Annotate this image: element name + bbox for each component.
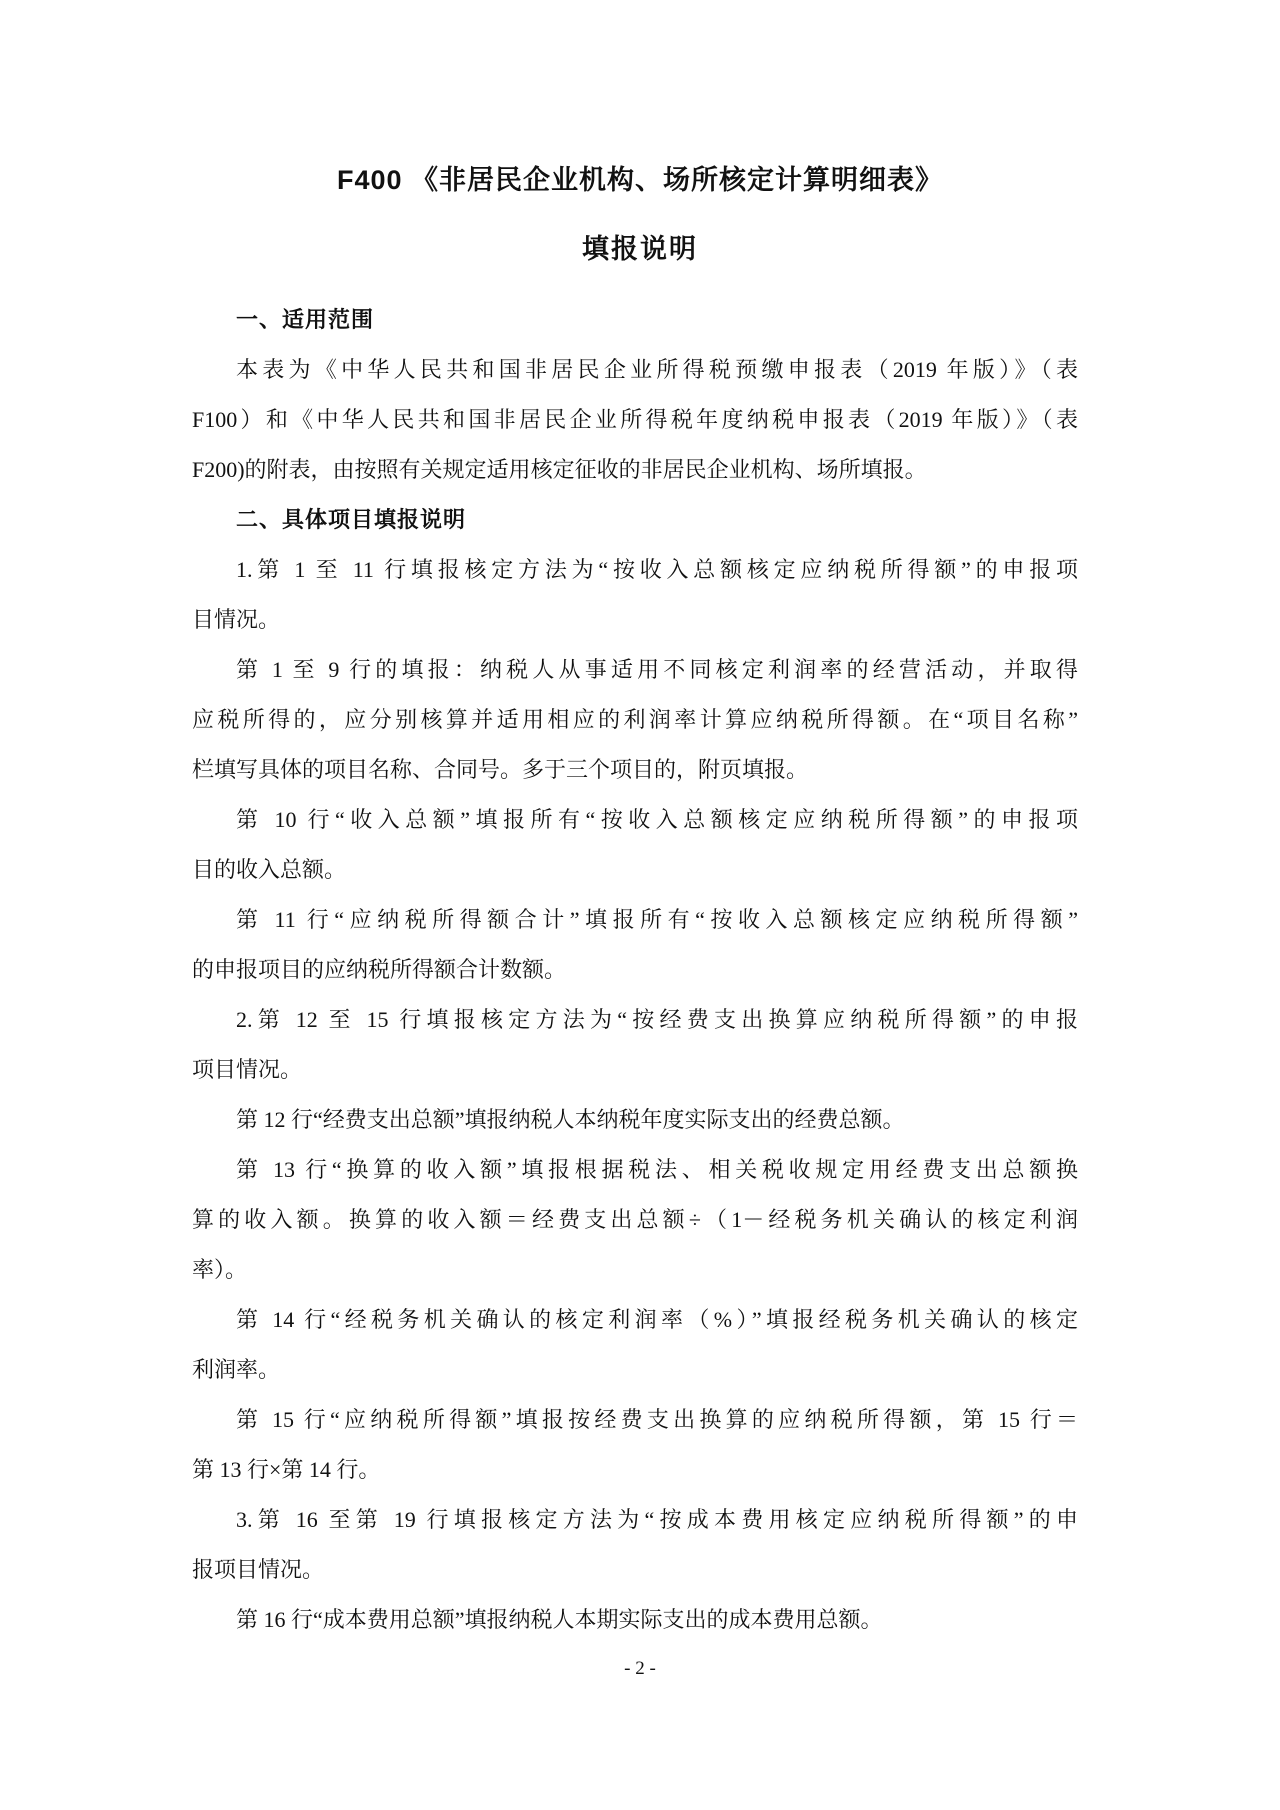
body-text-line: F200)的附表，由按照有关规定适用核定征收的非居民企业机构、场所填报。 bbox=[192, 445, 1078, 495]
body-text-line: 目的收入总额。 bbox=[192, 845, 1078, 895]
body-text-line: 报项目情况。 bbox=[192, 1545, 1078, 1595]
body-text-line: 第 16 行“成本费用总额”填报纳税人本期实际支出的成本费用总额。 bbox=[192, 1595, 1078, 1645]
body-text-line: 率）。 bbox=[192, 1245, 1078, 1295]
body-text-line: 第 13 行“换算的收入额”填报根据税法、相关税收规定用经费支出总额换 bbox=[192, 1145, 1078, 1195]
document-subtitle: 填报说明 bbox=[0, 227, 1280, 271]
heading-line: 一、适用范围 bbox=[192, 295, 1078, 345]
body-text-line: 栏填写具体的项目名称、合同号。多于三个项目的，附页填报。 bbox=[192, 745, 1078, 795]
body-text-line: 目情况。 bbox=[192, 595, 1078, 645]
document-body: 一、适用范围本表为《中华人民共和国非居民企业所得税预缴申报表（2019 年版）》… bbox=[192, 295, 1078, 1645]
body-text-line: 第 13 行×第 14 行。 bbox=[192, 1445, 1078, 1495]
body-text-line: 利润率。 bbox=[192, 1345, 1078, 1395]
body-text-line: 3.第 16 至第 19 行填报核定方法为“按成本费用核定应纳税所得额”的申 bbox=[192, 1495, 1078, 1545]
body-text-line: 应税所得的，应分别核算并适用相应的利润率计算应纳税所得额。在“项目名称” bbox=[192, 695, 1078, 745]
body-text-line: 本表为《中华人民共和国非居民企业所得税预缴申报表（2019 年版）》（表 bbox=[192, 345, 1078, 395]
body-text-line: 2.第 12 至 15 行填报核定方法为“按经费支出换算应纳税所得额”的申报 bbox=[192, 995, 1078, 1045]
document-title: F400 《非居民企业机构、场所核定计算明细表》 bbox=[0, 158, 1280, 202]
body-text-line: 1.第 1 至 11 行填报核定方法为“按收入总额核定应纳税所得额”的申报项 bbox=[192, 545, 1078, 595]
page-number: - 2 - bbox=[0, 1650, 1280, 1688]
body-text-line: 第 14 行“经税务机关确认的核定利润率（%）”填报经税务机关确认的核定 bbox=[192, 1295, 1078, 1345]
body-text-line: 第 10 行“收入总额”填报所有“按收入总额核定应纳税所得额”的申报项 bbox=[192, 795, 1078, 845]
document-page: F400 《非居民企业机构、场所核定计算明细表》 填报说明 一、适用范围本表为《… bbox=[0, 0, 1280, 1810]
body-text-line: 第 11 行“应纳税所得额合计”填报所有“按收入总额核定应纳税所得额” bbox=[192, 895, 1078, 945]
body-text-line: 算的收入额。换算的收入额＝经费支出总额÷（1－经税务机关确认的核定利润 bbox=[192, 1195, 1078, 1245]
body-text-line: 项目情况。 bbox=[192, 1045, 1078, 1095]
body-text-line: F100）和《中华人民共和国非居民企业所得税年度纳税申报表（2019 年版）》（… bbox=[192, 395, 1078, 445]
body-text-line: 第 15 行“应纳税所得额”填报按经费支出换算的应纳税所得额，第 15 行＝ bbox=[192, 1395, 1078, 1445]
body-text-line: 的申报项目的应纳税所得额合计数额。 bbox=[192, 945, 1078, 995]
heading-line: 二、具体项目填报说明 bbox=[192, 495, 1078, 545]
body-text-line: 第 12 行“经费支出总额”填报纳税人本纳税年度实际支出的经费总额。 bbox=[192, 1095, 1078, 1145]
body-text-line: 第 1 至 9 行的填报：纳税人从事适用不同核定利润率的经营活动，并取得 bbox=[192, 645, 1078, 695]
